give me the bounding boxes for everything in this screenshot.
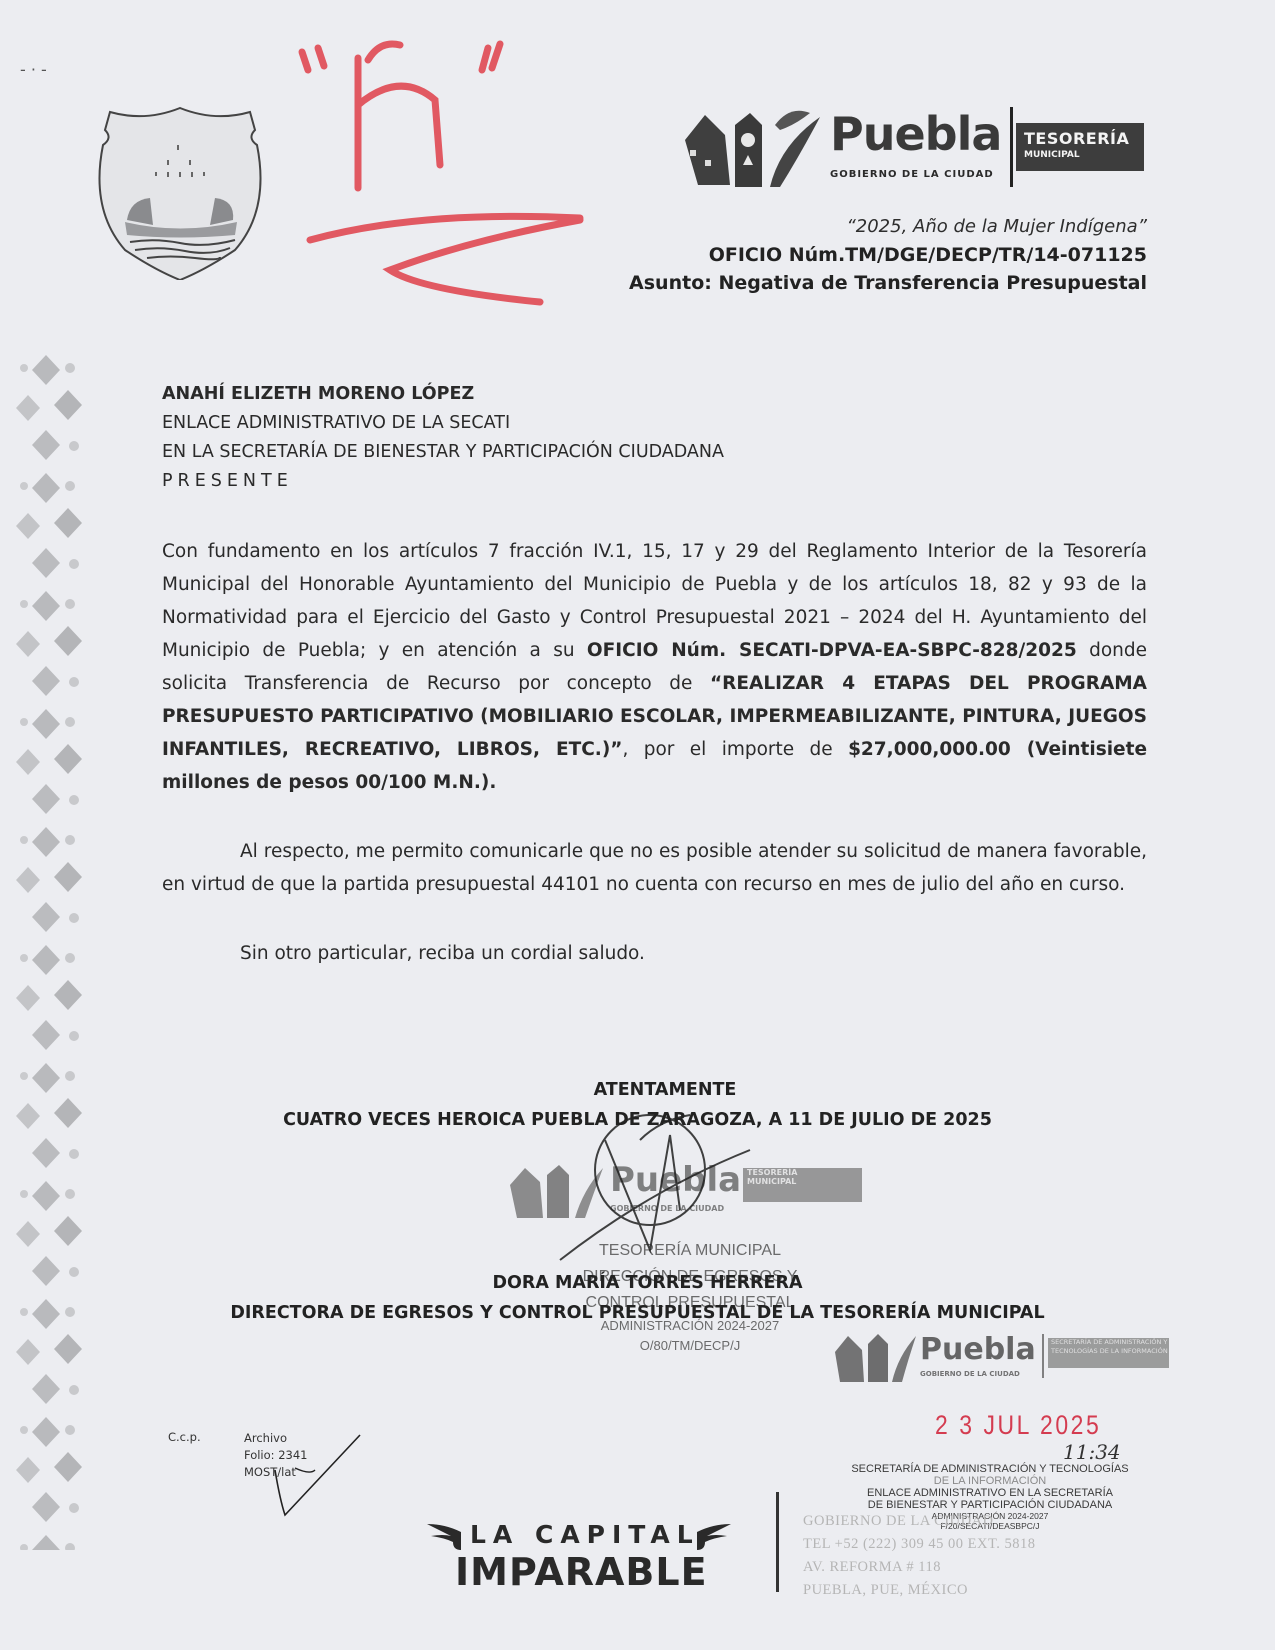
received-line: DE LA INFORMACIÓN: [840, 1475, 1140, 1487]
address-line: PUEBLA, PUE, MÉXICO: [803, 1579, 1035, 1602]
received-date-stamp: 2 3 JUL 2025: [935, 1410, 1101, 1441]
checkmark-signature: [255, 1430, 375, 1520]
scan-speck: ‐ · -: [20, 60, 47, 79]
received-line: SECRETARÍA DE ADMINISTRACIÓN Y TECNOLOGÍ…: [840, 1463, 1140, 1475]
addressee-block: ANAHÍ ELIZETH MORENO LÓPEZ ENLACE ADMINI…: [162, 380, 724, 496]
slogan-top: LA CAPITAL: [470, 1520, 700, 1549]
received-time: 11:34: [1063, 1440, 1121, 1464]
addressee-department: EN LA SECRETARÍA DE BIENESTAR Y PARTICIP…: [162, 438, 724, 467]
footer-divider: [776, 1492, 779, 1592]
address-line: AV. REFORMA # 118: [803, 1556, 1035, 1579]
right-wing-icon: [693, 1520, 733, 1552]
paragraph-greeting: Sin otro particular, reciba un cordial s…: [162, 937, 1147, 970]
logo-wordmark: Puebla: [830, 107, 1001, 161]
slogan-bottom: IMPARABLE: [455, 1550, 708, 1594]
secati-logo-stamp: Puebla GOBIERNO DE LA CIUDAD SECRETARÍA …: [832, 1330, 1172, 1390]
signer-title: DIRECTORA DE EGRESOS Y CONTROL PRESUPUES…: [0, 1298, 1275, 1328]
addressee-name: ANAHÍ ELIZETH MORENO LÓPEZ: [162, 380, 724, 409]
closing-atentamente: ATENTAMENTE: [55, 1075, 1275, 1105]
handwritten-signature: [500, 1110, 800, 1300]
department-sub: MUNICIPAL: [1024, 150, 1080, 160]
received-line: ENLACE ADMINISTRATIVO EN LA SECRETARÍA: [840, 1487, 1140, 1499]
address-line: TEL +52 (222) 309 45 00 EXT. 5818: [803, 1533, 1035, 1556]
cc-label: C.c.p.: [168, 1430, 201, 1444]
left-wing-icon: [425, 1520, 465, 1552]
puebla-city-emblem-icon: [680, 105, 825, 190]
logo-divider: [1010, 107, 1013, 187]
secati-divider: [1042, 1334, 1044, 1378]
presente-label: PRESENTE: [162, 467, 724, 496]
decorative-border-strip: [8, 350, 103, 1550]
paragraph-foundation: Con fundamento en los artículos 7 fracci…: [162, 535, 1147, 799]
subject-line: Asunto: Negativa de Transferencia Presup…: [629, 272, 1147, 294]
handwritten-red-mark: [290, 40, 590, 320]
secati-subtitle: GOBIERNO DE LA CIUDAD: [920, 1370, 1020, 1378]
text-run: , por el importe de: [622, 739, 848, 760]
year-motto: “2025, Año de la Mujer Indígena”: [846, 216, 1147, 237]
la-capital-imparable-logo: LA CAPITAL IMPARABLE: [425, 1520, 735, 1605]
seal-line: O/80/TM/DECP/J: [560, 1336, 820, 1356]
puebla-tesoreria-logo: Puebla GOBIERNO DE LA CIUDAD TESORERÍA M…: [680, 105, 1150, 190]
paragraph-response: Al respecto, me permito comunicarle que …: [162, 835, 1147, 901]
oficio-number: OFICIO Núm.TM/DGE/DECP/TR/14-071125: [709, 244, 1147, 266]
footer-address: GOBIERNO DE LA CIUDAD TEL +52 (222) 309 …: [803, 1510, 1035, 1602]
secati-department: SECRETARÍA DE ADMINISTRACIÓN Y TECNOLOGÍ…: [1048, 1338, 1169, 1368]
secati-wordmark: Puebla: [920, 1332, 1036, 1367]
address-line: GOBIERNO DE LA CIUDAD: [803, 1510, 1035, 1533]
logo-subtitle: GOBIERNO DE LA CIUDAD: [830, 169, 994, 180]
letter-body: Con fundamento en los artículos 7 fracci…: [162, 535, 1147, 1006]
department-name: TESORERÍA: [1024, 129, 1129, 148]
puebla-city-emblem-icon: [832, 1330, 917, 1385]
department-badge: TESORERÍA MUNICIPAL: [1016, 123, 1144, 171]
reference-oficio: OFICIO Núm. SECATI-DPVA-EA-SBPC-828/2025: [587, 640, 1077, 661]
municipal-crest-icon: [85, 90, 275, 280]
addressee-position: ENLACE ADMINISTRATIVO DE LA SECATI: [162, 409, 724, 438]
